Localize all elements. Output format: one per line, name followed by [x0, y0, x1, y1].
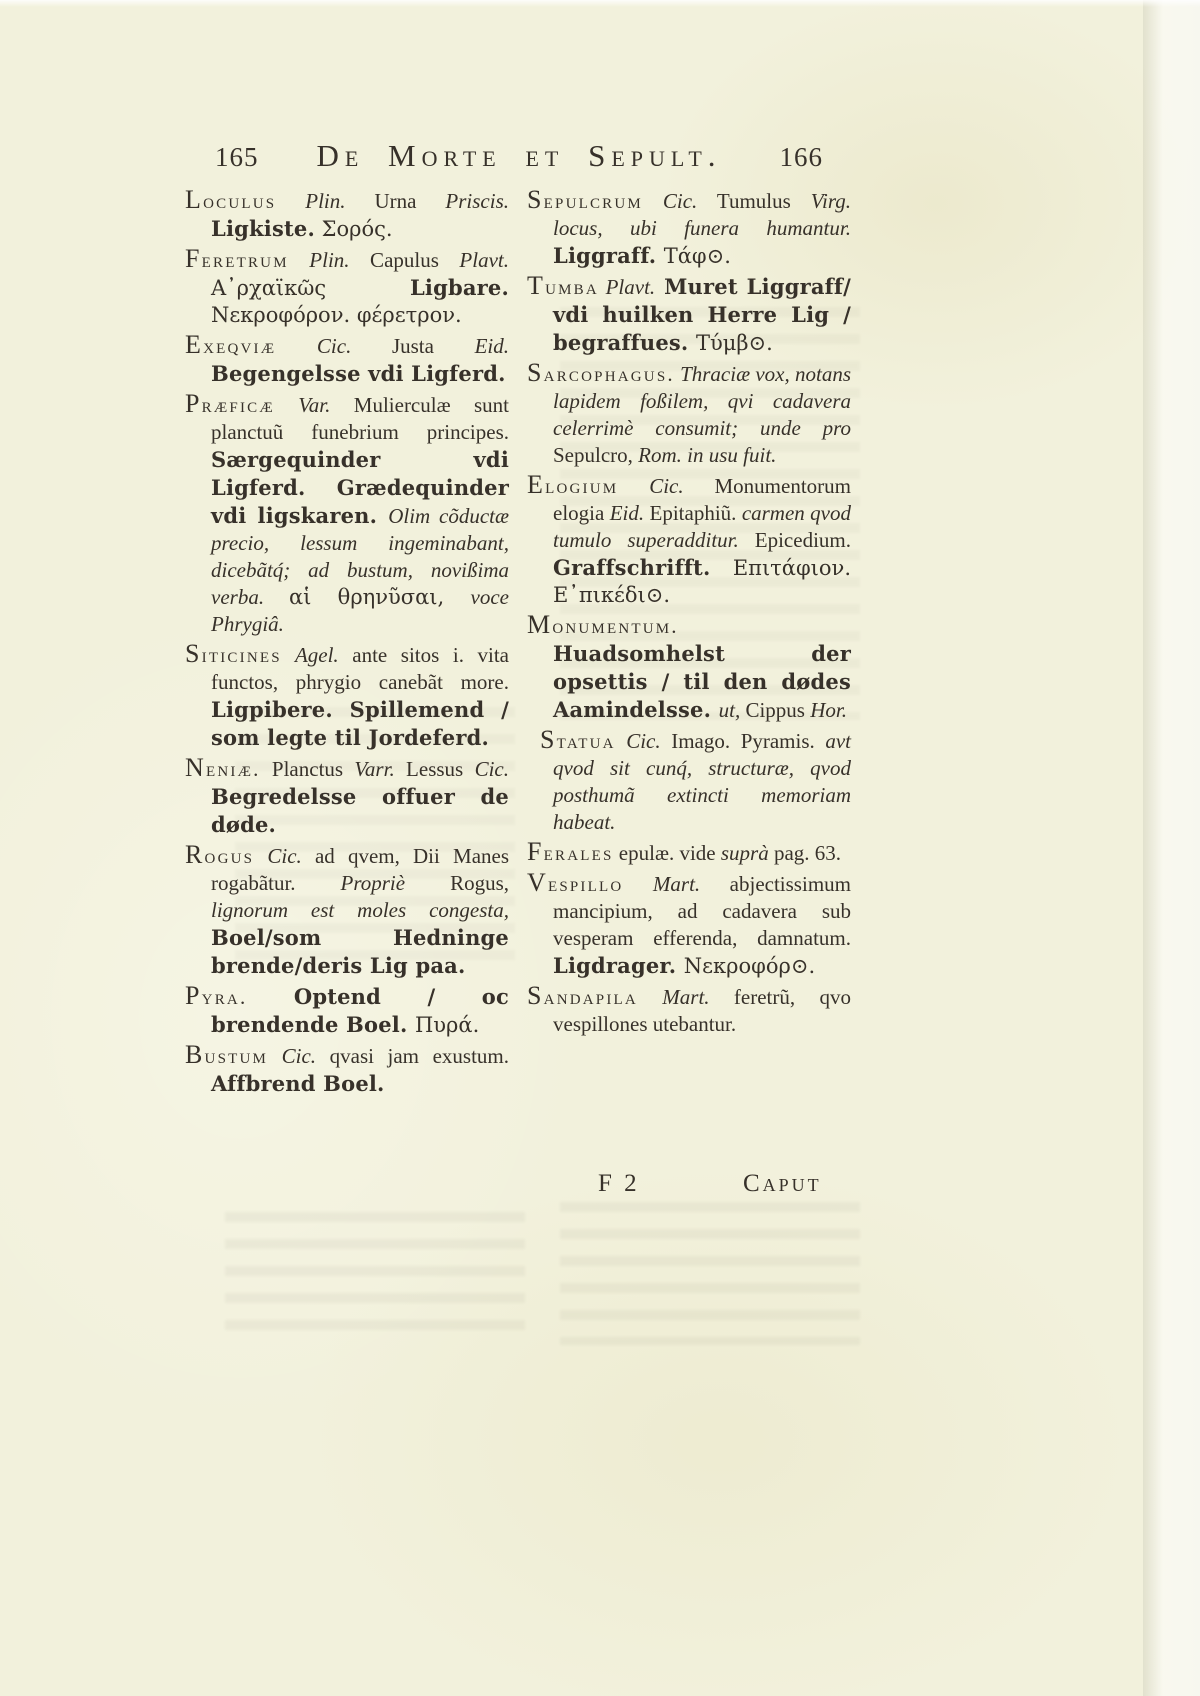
- entry-text-rm: Sepulcro,: [553, 443, 638, 467]
- headword: Feretrum: [185, 248, 289, 272]
- page-title: De Morte et Sepult.: [316, 138, 721, 174]
- entry-text-it: Eid.: [475, 334, 509, 358]
- entry-text-rm: Lessus: [395, 757, 475, 781]
- headword: Præficæ: [185, 393, 275, 417]
- headword: Monumentum.: [527, 614, 679, 638]
- entry-text-it: Cic.: [254, 844, 302, 868]
- scan-top-edge: [0, 0, 1200, 7]
- entry-text-it: Mart.: [623, 872, 700, 896]
- entry-text-gr: Α᾽ρχαϊκῶς: [211, 276, 410, 300]
- entry-text-it: Plin.: [276, 189, 345, 213]
- headword: Loculus: [185, 189, 276, 213]
- entry-text-it: Plin.: [289, 248, 350, 272]
- headword: Sepulcrum: [527, 189, 643, 213]
- bleed-through-patch: [225, 1205, 525, 1335]
- entry-text-rm: epulæ. vide: [614, 841, 721, 865]
- entry-text-rm: Justa: [351, 334, 474, 358]
- page-number-right: 166: [779, 142, 823, 173]
- entry-vespillo: Vespillo Mart. abjectissimum mancipium, …: [527, 869, 851, 980]
- entry-bustum: Bustum Cic. qvasi jam exustum. Affbrend …: [185, 1041, 509, 1098]
- entry-text-rm: Imago. Pyramis.: [661, 729, 826, 753]
- entry-text-rm: Cippus: [740, 698, 810, 722]
- page-edge: [1143, 0, 1200, 1696]
- text-columns: Loculus Plin. Urna Priscis. Ligkiste. Σο…: [185, 186, 851, 1100]
- entry-statua: Statua Cic. Imago. Pyramis. avt qvod sit…: [527, 726, 851, 836]
- entry-tumba: Tumba Plavt. Muret Liggraff/ vdi huilken…: [527, 272, 851, 357]
- entry-monumentum: Monumentum. Huadsomhelst der opsettis / …: [527, 611, 851, 724]
- entry-text-rm: qvasi jam exustum.: [316, 1044, 509, 1068]
- entry-text-it: Mart.: [638, 985, 710, 1009]
- headword: Exeqviæ: [185, 334, 276, 358]
- entry-text-fr: Affbrend Boel.: [211, 1071, 385, 1096]
- headword: Tumba: [527, 275, 599, 299]
- catchword: Caput: [743, 1170, 822, 1198]
- entry-text-fr: Liggraff.: [553, 243, 664, 268]
- entry-text-it: Rom. in usu fuit.: [638, 443, 776, 467]
- entry-text-rm: Planctus: [261, 757, 355, 781]
- entry-elogium: Elogium Cic. Monumentorum elogia Eid. Ep…: [527, 471, 851, 609]
- headword: Siticines: [185, 643, 282, 667]
- entry-text-it: Var.: [275, 393, 330, 417]
- entry-text-it: Priscis.: [445, 189, 509, 213]
- bleed-through-patch: [560, 1195, 860, 1345]
- entry-loculus: Loculus Plin. Urna Priscis. Ligkiste. Σο…: [185, 186, 509, 243]
- entry-text-rm: Rogus,: [450, 871, 509, 895]
- entry-ferales: Ferales epulæ. vide suprà pag. 63.: [527, 838, 851, 867]
- entry-text-it: Plavt.: [459, 248, 509, 272]
- entry-text-it: Propriè: [341, 871, 451, 895]
- headword: Statua: [540, 729, 616, 753]
- headword: Sarcophagus.: [527, 362, 675, 386]
- headword: Sandapila: [527, 985, 638, 1009]
- entry-text-rm: Urna: [346, 189, 446, 213]
- entry-sepulcrum: Sepulcrum Cic. Tumulus Virg. locus, ubi …: [527, 186, 851, 270]
- entry-text-it: Cic.: [618, 474, 683, 498]
- entry-sandapila: Sandapila Mart. feretrũ, qvo vespillones…: [527, 982, 851, 1038]
- entry-text-gr: αἱ θρηνῦσαι,: [289, 585, 471, 609]
- entry-text-it: Cic.: [276, 334, 351, 358]
- entry-text-fr: Begredelsse offuer de døde.: [211, 784, 509, 837]
- gathering-signature: F 2: [598, 1170, 640, 1198]
- entry-neni: Neniæ. Planctus Varr. Lessus Cic. Begred…: [185, 754, 509, 839]
- entry-text-gr: Τάφ⊙.: [664, 244, 731, 268]
- entry-text-it: lignorum est moles congesta,: [211, 898, 509, 922]
- entry-text-gr: Νεκροφόρ⊙.: [684, 954, 815, 978]
- page-content: 165 De Morte et Sepult. 166 Loculus Plin…: [185, 138, 851, 1100]
- entry-text-it: Varr.: [354, 757, 394, 781]
- entry-feretrum: Feretrum Plin. Capulus Plavt. Α᾽ρχαϊκῶς …: [185, 245, 509, 329]
- entry-text-gr: Πυρά.: [415, 1013, 479, 1037]
- headword: Pyra.: [185, 985, 247, 1009]
- page-number-left: 165: [215, 142, 259, 173]
- entry-text-rm: pag. 63.: [769, 841, 841, 865]
- entry-text-fr: Ligkiste.: [211, 216, 315, 241]
- entry-text-gr: Σορός.: [315, 217, 393, 241]
- entry-rogus: Rogus Cic. ad qvem, Dii Manes rogabãtur.…: [185, 841, 509, 980]
- entry-text-it: Cic.: [643, 189, 697, 213]
- entry-sarcophagus: Sarcophagus. Thraciæ vox, notans lapidem…: [527, 359, 851, 469]
- entry-text-it: ut,: [719, 698, 741, 722]
- entry-text-it: Cic.: [616, 729, 661, 753]
- entry-text-fr: Boel/som Hedninge brende/deris Lig paa.: [211, 925, 509, 978]
- entry-text-fr: Ligbare.: [410, 275, 509, 300]
- entry-text-rm: Tumulus: [697, 189, 810, 213]
- column-right: Sepulcrum Cic. Tumulus Virg. locus, ubi …: [527, 186, 851, 1040]
- headword: Neniæ.: [185, 757, 261, 781]
- entry-exeqvi: Exeqviæ Cic. Justa Eid. Begengelsse vdi …: [185, 331, 509, 388]
- entry-text-fr: Begengelsse vdi Ligferd.: [211, 361, 506, 386]
- entry-text-it: suprà: [721, 841, 769, 865]
- column-left: Loculus Plin. Urna Priscis. Ligkiste. Σο…: [185, 186, 509, 1100]
- entry-text-gr: Νεκροφόρον. φέρετρον.: [211, 303, 462, 327]
- headword: Bustum: [185, 1044, 268, 1068]
- scanned-book-page: { "colors":{"paper":"#f2f1dc","ink":"#37…: [0, 0, 1200, 1696]
- entry-text-it: Cic.: [475, 757, 509, 781]
- entry-text-fr: Ligpibere. Spillemend / som legte til Jo…: [211, 697, 509, 750]
- headword: Vespillo: [527, 872, 623, 896]
- entry-text-rm: Epicedium.: [755, 528, 851, 552]
- entry-text-it: Hor.: [810, 698, 847, 722]
- entry-text-it: Plavt.: [599, 275, 655, 299]
- headword: Elogium: [527, 474, 618, 498]
- entry-prfic: Præficæ Var. Mulierculæ sunt planctuũ fu…: [185, 390, 509, 638]
- entry-text-gr: Τύμβ⊙.: [696, 331, 773, 355]
- entry-text-fr: Graffschrifft.: [553, 555, 733, 580]
- entry-text-rm: Epitaphiũ.: [644, 501, 742, 525]
- entry-pyra: Pyra. Optend / oc brendende Boel. Πυρά.: [185, 982, 509, 1039]
- running-header: 165 De Morte et Sepult. 166: [185, 138, 851, 174]
- entry-text-it: Eid.: [610, 501, 644, 525]
- entry-text-rm: Capulus: [350, 248, 460, 272]
- entry-text-fr: Ligdrager.: [553, 953, 684, 978]
- entry-text-it: Cic.: [268, 1044, 316, 1068]
- entry-text-it: Agel.: [282, 643, 339, 667]
- entry-siticines: Siticines Agel. ante sitos i. vita funct…: [185, 640, 509, 752]
- headword: Ferales: [527, 841, 614, 865]
- headword: Rogus: [185, 844, 254, 868]
